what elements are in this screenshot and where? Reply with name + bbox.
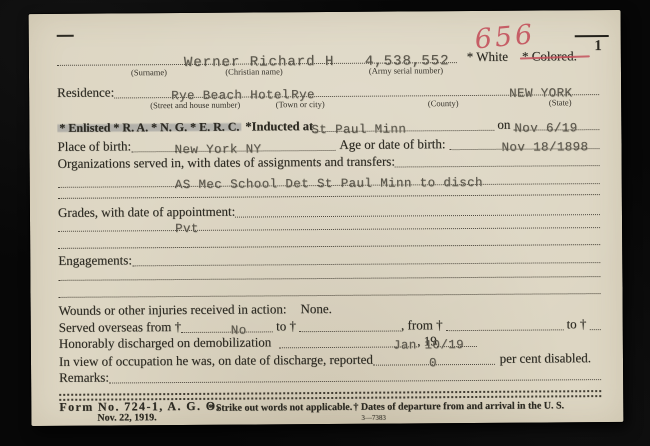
town-label: (Town or city) <box>276 99 325 109</box>
section-rule <box>59 293 601 298</box>
disability-label: In view of occupation he was, on date of… <box>59 353 373 369</box>
typed-induction-date: Nov 6/19 <box>514 121 577 135</box>
organizations-label: Organizations served in, with dates of a… <box>58 155 395 171</box>
army-serial-label: (Army serial number) <box>369 65 443 76</box>
place-of-birth-label: Place of birth: <box>57 139 131 154</box>
typed-grade-entry: Pvt <box>175 222 199 236</box>
dotted-leader <box>589 326 600 330</box>
typed-organizations-entry: AS Mec School Det St Paul Minn to disch <box>175 176 483 192</box>
wounds-line: Wounds or other injuries received in act… <box>59 300 601 318</box>
blank-space <box>477 344 601 348</box>
disability-suffix-label: per cent disabled. <box>500 351 591 366</box>
organizations-line: Organizations served in, with dates of a… <box>58 153 600 171</box>
residence-label: Residence: <box>57 85 114 99</box>
race-white-option: * White <box>467 50 508 64</box>
page-number-overline <box>575 35 609 37</box>
dotted-leader <box>109 376 601 383</box>
overseas-to1-label: to † <box>276 319 296 333</box>
typed-discharge-date: Jan 10/19 <box>393 338 464 352</box>
section-rule <box>58 194 600 199</box>
dotted-leader <box>181 328 273 333</box>
on-label: on <box>497 118 510 132</box>
form-date: Nov. 22, 1919. <box>97 412 156 423</box>
dotted-leader <box>299 327 401 332</box>
dotted-leader <box>395 162 600 167</box>
served-overseas-label: Served overseas from † <box>59 320 181 335</box>
top-left-dash <box>57 35 74 37</box>
state-label: (State) <box>549 97 572 107</box>
print-code: 3—7383 <box>361 414 386 422</box>
remarks-label: Remarks: <box>59 371 109 385</box>
birth-line: Place of birth: Age or date of birth: Ne… <box>57 136 599 154</box>
age-or-date-label: Age or date of birth: <box>339 137 445 152</box>
typed-induction-place: St Paul Minn <box>311 122 406 137</box>
christian-name-label: (Christian name) <box>225 66 282 76</box>
enlistment-line: * Enlisted * R. A. * N. G. * E. R. C. *I… <box>57 117 599 135</box>
strike-out-note: * Strike out words not applicable. <box>208 402 352 414</box>
wounds-label: Wounds or other injuries received in act… <box>59 302 287 318</box>
overseas-from2-label: , from † <box>401 318 443 332</box>
wounds-value: None. <box>300 302 332 316</box>
overseas-to2-label: to † <box>566 317 586 331</box>
dagger-note: † Dates of departure from and arrival in… <box>353 400 564 412</box>
section-rule <box>58 244 600 249</box>
surname-label: (Surname) <box>131 67 167 77</box>
enlistment-options-struck: * Enlisted * R. A. * N. G. * E. R. C. <box>57 120 241 135</box>
service-record-card: 656 1 * White * Colored. Werner Richard … <box>29 10 624 426</box>
overseas-line: Served overseas from † to † , from † to … <box>59 317 601 335</box>
remarks-line: Remarks: <box>59 367 601 385</box>
county-label: (County) <box>428 98 459 108</box>
organizations-entry-line: AS Mec School Det St Paul Minn to disch <box>58 171 600 189</box>
street-label: (Street and house number) <box>150 100 240 111</box>
inducted-at-label: *Inducted at <box>245 119 313 133</box>
discharge-line: Honorably discharged on demobilization ,… <box>59 333 601 351</box>
dotted-leader <box>132 259 600 266</box>
dotted-leader <box>58 224 600 232</box>
discharge-label: Honorably discharged on demobilization <box>59 335 271 350</box>
race-colored-option-struck: * Colored. <box>522 49 577 63</box>
dotted-leader <box>446 326 564 331</box>
engagements-line: Engagements: <box>58 250 600 268</box>
engagements-label: Engagements: <box>58 253 132 268</box>
grades-entry-line: Pvt <box>58 215 600 233</box>
section-rule <box>58 276 600 281</box>
disability-line: In view of occupation he was, on date of… <box>59 351 601 369</box>
